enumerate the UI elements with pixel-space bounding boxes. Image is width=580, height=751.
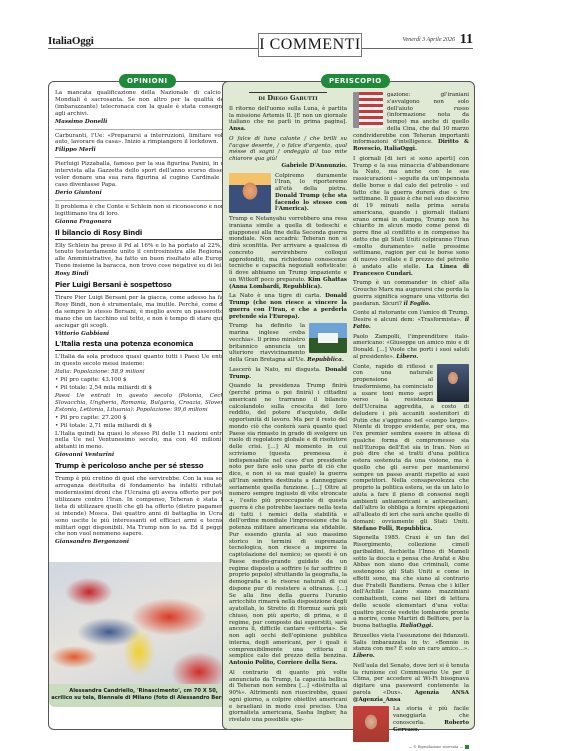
trump-photo	[229, 173, 271, 213]
caption-line: acrilico su tela, Biennale di Milano (fo…	[49, 695, 238, 702]
section-title: I COMMENTI	[258, 33, 362, 57]
opinioni-panel: OPINIONI La mancata qualificazione della…	[48, 81, 239, 730]
periscopio-column-1: di Diego Gabutti Il ritorno dell'uomo su…	[229, 92, 347, 727]
flag-photo	[353, 92, 383, 128]
quote: Trump e Netanyahu vorrebbero una resa ir…	[229, 216, 347, 290]
artwork-image: Alessandra Candriello, 'Rinascimento', c…	[49, 562, 238, 707]
byline: di Diego Gabutti	[249, 92, 327, 102]
article-author: Rosy Bindi	[55, 271, 231, 278]
article-text: Trump è più cretino di quel che servireb…	[55, 476, 231, 538]
masthead: ItaliaOggi I COMMENTI Venerdì 3 Aprile 2…	[48, 34, 473, 49]
quote: Paolo Zampolli, l'imprenditore italo-ame…	[353, 334, 469, 361]
stat-bullet: • Pil totale: 2,71 mila miliardi di $	[55, 423, 231, 430]
opinion-text: Pierluigi Pizzaballa, famoso per la sua …	[55, 161, 231, 189]
white-house-photo	[309, 323, 347, 353]
quote: Il ritorno dell'uomo sulla Luna, è parti…	[229, 106, 347, 133]
divider	[55, 200, 231, 201]
quote-source: Gabriele D'Annunzio.	[229, 163, 347, 170]
periscopio-panel: PERISCOPIO di Diego Gabutti Il ritorno d…	[222, 81, 475, 730]
article-headline: L'Italia resta una potenza economica	[55, 340, 231, 351]
periscopio-badge: PERISCOPIO	[321, 74, 390, 88]
article-author: Giovanni Venturini	[55, 452, 231, 459]
quote: Trump è un commander in chief alla Grouc…	[353, 280, 469, 307]
quote: Sigonella 1985. Craxi è un fan del Risor…	[353, 535, 469, 630]
newspaper-logo: ItaliaOggi	[48, 35, 94, 47]
quote: I giornali [di ieri si sono aperti] con …	[353, 156, 469, 278]
opinioni-content: La mancata qualificazione della Nazional…	[55, 90, 231, 547]
issue-date: Venerdì 3 Aprile 2026	[403, 37, 456, 43]
conte-photo	[437, 364, 469, 402]
article-author: Giansandro Bergonzoni	[55, 539, 231, 546]
stat-bullet: • Pil pro capite: 43.100 $	[55, 377, 231, 384]
opinion-author: Filippo Merli	[55, 147, 231, 154]
caption-line: Alessandra Candriello, 'Rinascimento', c…	[49, 688, 238, 695]
artwork-caption: Alessandra Candriello, 'Rinascimento', c…	[49, 684, 238, 707]
article-text: L'Italia da sola produce quasi quanto tu…	[55, 354, 231, 368]
stat-bullet: • Pil totale: 2,54 mila miliardi di $	[55, 385, 231, 392]
quote: Conte al ristorante con l'amico di Trump…	[353, 310, 469, 330]
quote: Lascerò la Nato, mi disgusta. Donald Tru…	[229, 367, 347, 381]
quote: Bruxelles vieta l'assunzione dei fidanza…	[353, 633, 469, 660]
quote: La Nato è una tigre di carta. Donald Tru…	[229, 293, 347, 320]
gervaso-photo	[353, 706, 389, 742]
opinion-author: Derio Giuntoni	[55, 190, 231, 197]
opinion-text: Il problema è che Conte e Schlein non si…	[55, 204, 231, 218]
quote: Nell'aula del Senato, dove ieri si è ten…	[353, 663, 469, 704]
article-text: Elly Schlein ha preso il Pd al 16% e lo …	[55, 243, 231, 271]
stat-line: Paesi Ue entrati in questo secolo (Polon…	[55, 393, 231, 414]
quote: Al contrario di quanto più volte annunci…	[229, 670, 347, 724]
opinion-author: Gianna Fragonara	[55, 219, 231, 226]
article-text: L'Italia quindi ha quasi lo stesso Pil d…	[55, 431, 231, 452]
copyright-note: — © Riproduzione riservata —	[353, 744, 469, 751]
article-headline: Il bilancio di Rosy Bindi	[55, 229, 231, 240]
opinioni-badge: OPINIONI	[119, 74, 176, 88]
page-number: 11	[460, 32, 473, 48]
article-headline: Trump è pericoloso anche per sé stesso	[55, 462, 231, 473]
poem-quote: O falce di luna calante / che brilli su …	[229, 136, 347, 163]
opinion-text: Carburanti, l'Ue: «Prepararsi a interruz…	[55, 133, 231, 147]
article-author: Vittorio Gabbiani	[55, 331, 231, 338]
opinion-text: La mancata qualificazione della Nazional…	[55, 90, 231, 118]
stat-bullet: • Pil pro capite: 27.200 $	[55, 415, 231, 422]
periscopio-column-2: gazione: gl'iraniani s'avvalgono non sol…	[353, 92, 469, 751]
divider	[55, 157, 231, 158]
article-headline: Pier Luigi Bersani è sospettoso	[55, 281, 231, 292]
quote: Quando la presidenza Trump finirà (perch…	[229, 383, 347, 667]
divider	[55, 129, 231, 130]
article-text: Tirare Pier Luigi Bersani per la giacca,…	[55, 295, 231, 330]
end-mark-icon	[465, 745, 469, 749]
opinion-author: Massimo Donelli	[55, 119, 231, 126]
stat-line: Italia: Popolazione: 58,9 milioni	[55, 369, 231, 376]
